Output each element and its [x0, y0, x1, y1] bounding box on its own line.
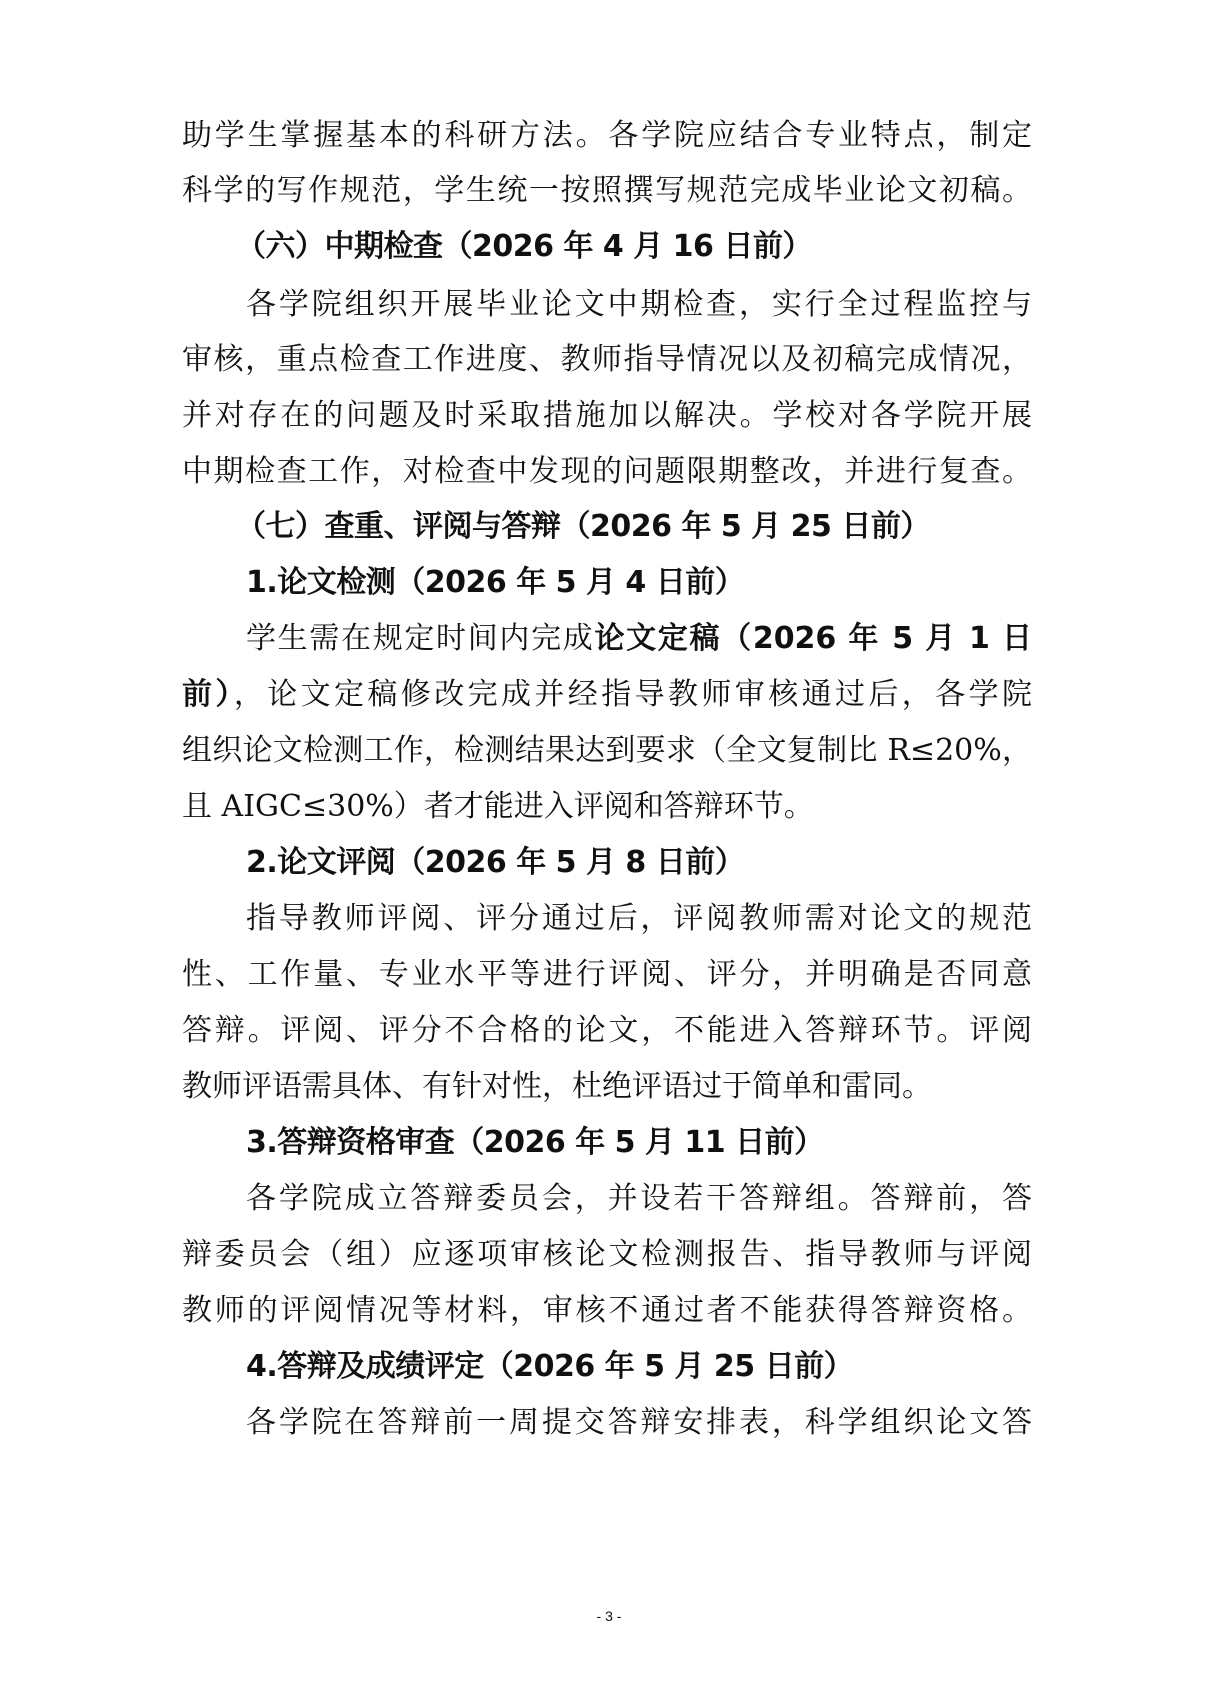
paragraph-line: 且 AIGC≤30%）者才能进入评阅和答辩环节。 — [182, 787, 1032, 827]
section-heading-plagiarism-review-defense: （七）查重、评阅与答辩（2026 年 5 月 25 日前） — [236, 507, 930, 547]
paragraph-line: 指导教师评阅、评分通过后，评阅教师需对论文的规范 — [246, 899, 1032, 939]
paragraph-line: 科学的写作规范，学生统一按照撰写规范完成毕业论文初稿。 — [182, 171, 1032, 211]
subheading-defense-grading: 4.答辩及成绩评定（2026 年 5 月 25 日前） — [246, 1347, 853, 1387]
subheading-thesis-review: 2.论文评阅（2026 年 5 月 8 日前） — [246, 843, 744, 883]
paragraph-line: 审核，重点检查工作进度、教师指导情况以及初稿完成情况， — [182, 340, 1032, 380]
section-heading-mid-term-check: （六）中期检查（2026 年 4 月 16 日前） — [236, 227, 812, 267]
paragraph-line: 学生需在规定时间内完成论文定稿（2026 年 5 月 1 日 — [246, 619, 1032, 659]
paragraph-line: 教师的评阅情况等材料，审核不通过者不能获得答辩资格。 — [182, 1291, 1032, 1331]
paragraph-line: 教师评语需具体、有针对性，杜绝评语过于简单和雷同。 — [182, 1067, 1032, 1107]
paragraph-text: 学生需在规定时间内完成 — [246, 621, 594, 656]
emphasis-final-draft: 论文定稿（2026 年 5 月 1 日 — [594, 621, 1032, 656]
subheading-thesis-detection: 1.论文检测（2026 年 5 月 4 日前） — [246, 563, 744, 603]
paragraph-line: 答辩。评阅、评分不合格的论文，不能进入答辩环节。评阅 — [182, 1011, 1032, 1051]
paragraph-line: 前），论文定稿修改完成并经指导教师审核通过后，各学院 — [182, 675, 1032, 715]
page-number: - 3 - — [0, 1608, 1218, 1624]
paragraph-line: 辩委员会（组）应逐项审核论文检测报告、指导教师与评阅 — [182, 1235, 1032, 1275]
paragraph-line: 各学院成立答辩委员会，并设若干答辩组。答辩前，答 — [246, 1179, 1032, 1219]
subheading-defense-qualification: 3.答辩资格审查（2026 年 5 月 11 日前） — [246, 1123, 824, 1163]
paragraph-line: 并对存在的问题及时采取措施加以解决。学校对各学院开展 — [182, 396, 1032, 436]
paragraph-line: 组织论文检测工作，检测结果达到要求（全文复制比 R≤20%， — [182, 731, 1032, 771]
paragraph-line: 性、工作量、专业水平等进行评阅、评分，并明确是否同意 — [182, 955, 1032, 995]
emphasis-final-draft-end: 前） — [182, 677, 234, 712]
paragraph-line: 各学院组织开展毕业论文中期检查，实行全过程监控与 — [246, 285, 1032, 325]
paragraph-line: 各学院在答辩前一周提交答辩安排表，科学组织论文答 — [246, 1403, 1032, 1443]
paragraph-line: 中期检查工作，对检查中发现的问题限期整改，并进行复查。 — [182, 452, 1032, 492]
paragraph-text: ，论文定稿修改完成并经指导教师审核通过后，各学院 — [234, 677, 1032, 712]
paragraph-line: 助学生掌握基本的科研方法。各学院应结合专业特点，制定 — [182, 116, 1032, 156]
document-page: 助学生掌握基本的科研方法。各学院应结合专业特点，制定 科学的写作规范，学生统一按… — [0, 0, 1218, 1703]
